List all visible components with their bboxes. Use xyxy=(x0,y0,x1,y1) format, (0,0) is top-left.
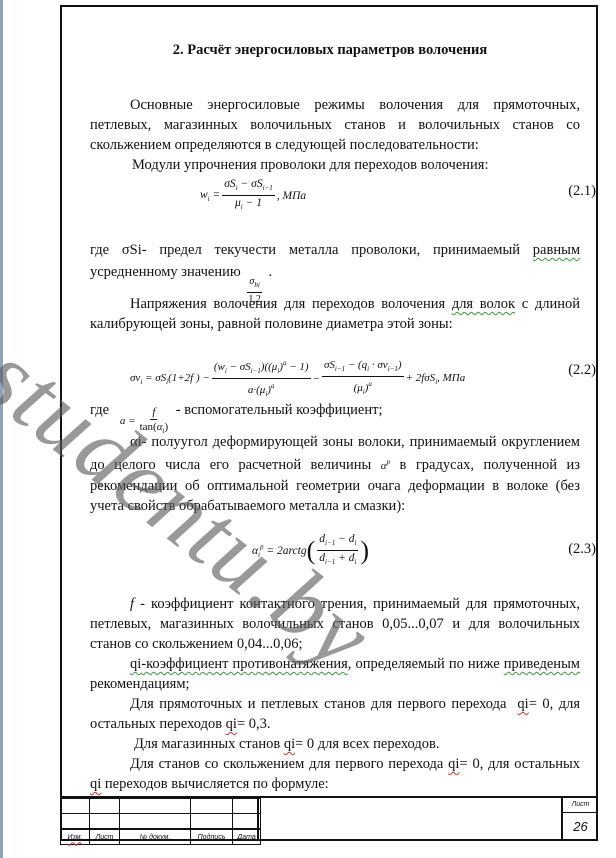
section-title: 2. Расчёт энергосиловых параметров волоч… xyxy=(60,42,600,59)
col-signature: Подпись xyxy=(191,829,233,845)
equation-number-2-3: (2.3) xyxy=(568,541,596,558)
intro-paragraph: Основные энергосиловые режимы волочения … xyxy=(90,95,580,155)
sheet-number: 26 xyxy=(563,813,598,841)
equation-number-2-1: (2.1) xyxy=(568,183,596,200)
direct-mills-paragraph: Для прямоточных и петлевых станов для пе… xyxy=(90,694,580,734)
sigma-definition: где σSi- предел текучести металла провол… xyxy=(90,240,580,260)
equation-2-3: αiр = 2arctg ( di−1 − didi−1 + di ) xyxy=(252,532,369,569)
spell-mark: равным xyxy=(533,242,580,258)
drawing-stress-paragraph: Напряжения волочения для переходов волоч… xyxy=(90,294,580,334)
equation-2-2: σvi = σSi(1+2f ) − (wi − σSi−1)((μi)a − … xyxy=(130,356,465,401)
sliding-mills-paragraph: Для станов со скольжением для первого пе… xyxy=(90,754,580,794)
sheet-number-box: Лист 26 xyxy=(561,798,598,841)
window-edge xyxy=(0,0,3,858)
revision-table: Изм. Лист № докум. Подпись Дата xyxy=(60,798,261,845)
modules-paragraph: Модули упрочнения проволоки для переходо… xyxy=(90,155,580,175)
sheet-label: Лист xyxy=(563,798,598,813)
equation-2-1: wi = σSi − σSi−1μi − 1 , МПа xyxy=(200,177,306,214)
col-sheet: Лист xyxy=(90,829,120,845)
col-change: Изм. xyxy=(61,829,90,845)
alpha-paragraph: αi- полуугол деформирующей зоны волоки, … xyxy=(90,432,580,516)
title-block: Изм. Лист № докум. Подпись Дата Лист 26 xyxy=(60,796,598,841)
counter-tension-paragraph: qi-коэффициент противонатяжения, определ… xyxy=(90,654,580,694)
col-doc-number: № докум. xyxy=(120,829,191,845)
magazine-mills-paragraph: Для магазинных станов qi= 0 для всех пер… xyxy=(90,734,580,754)
friction-paragraph: f - коэффициент контактного трения, прин… xyxy=(90,594,580,654)
equation-number-2-2: (2.2) xyxy=(568,362,596,379)
